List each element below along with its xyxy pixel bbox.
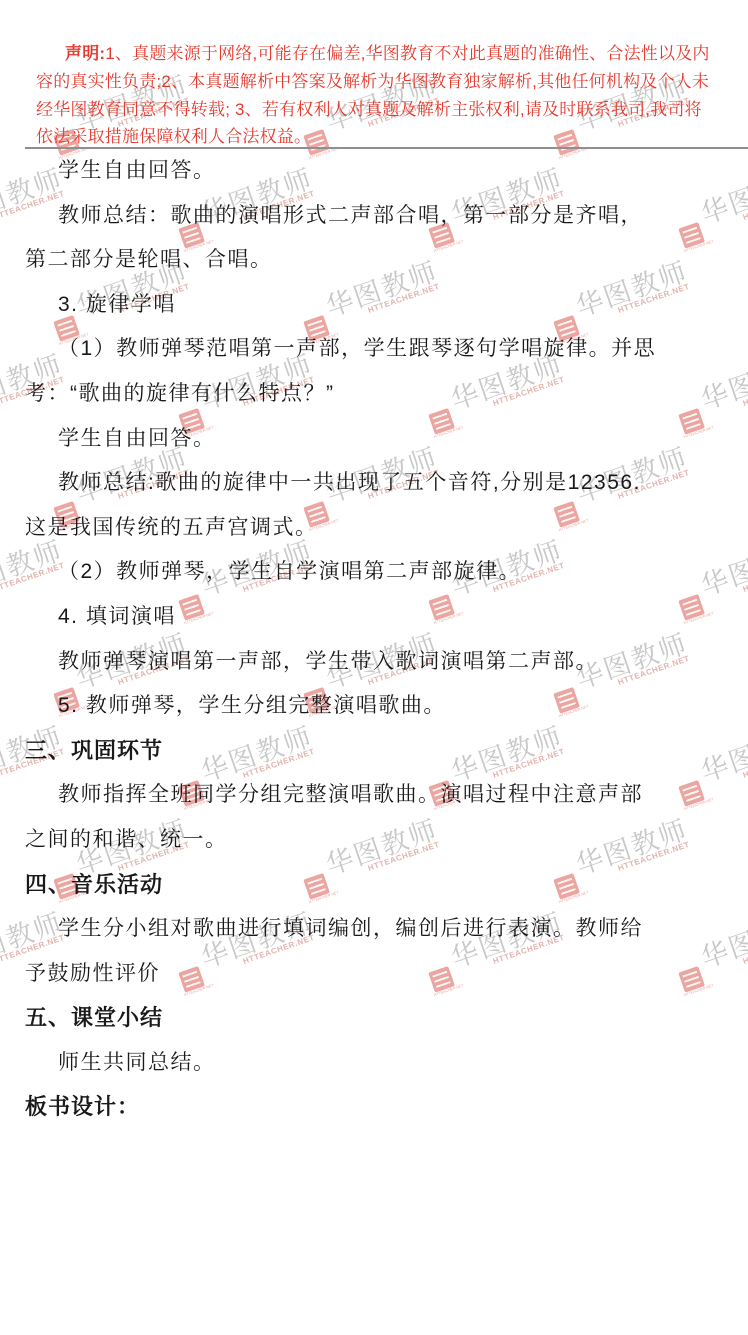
text-line: 5. 教师弹琴，学生分组完整演唱歌曲。 [25, 684, 718, 729]
text-line: 3. 旋律学唱 [25, 283, 718, 328]
document-page: HTTEACHER.NET 华图教师 HTTEACHER.NET HTTEACH… [0, 0, 748, 1335]
section-heading: 五、课堂小结 [25, 996, 718, 1041]
text-line: （1）教师弹琴范唱第一声部，学生跟琴逐句学唱旋律。并思 [25, 327, 718, 372]
text-line: 学生自由回答。 [25, 149, 718, 194]
text-line: 教师总结：歌曲的演唱形式二声部合唱，第一部分是齐唱， [25, 194, 718, 239]
text-line: 考：“歌曲的旋律有什么特点？” [25, 372, 718, 417]
section-heading: 板书设计： [25, 1085, 718, 1130]
lesson-plan-content: 学生自由回答。教师总结：歌曲的演唱形式二声部合唱，第一部分是齐唱，第二部分是轮唱… [25, 149, 718, 1130]
text-line: 第二部分是轮唱、合唱。 [25, 238, 718, 283]
watermark-domain: HTTEACHER.NET [742, 932, 748, 966]
text-line: 师生共同总结。 [25, 1041, 718, 1086]
disclaimer-line-2: 容的真实性负责;2、本真题解析中答案及解析为华图教育独家解析,其他任何机构及个人… [36, 68, 722, 96]
disclaimer: 声明:1、真题来源于网络,可能存在偏差,华图教育不对此真题的准确性、合法性以及内… [36, 40, 722, 151]
text-line: 学生自由回答。 [25, 417, 718, 462]
section-heading: 三、巩固环节 [25, 729, 718, 774]
text-line: 教师指挥全班同学分组完整演唱歌曲。演唱过程中注意声部 [25, 773, 718, 818]
text-line: 之间的和谐、统一。 [25, 818, 718, 863]
watermark-domain: HTTEACHER.NET [742, 374, 748, 408]
text-line: 教师总结:歌曲的旋律中一共出现了五个音符,分别是12356. [25, 461, 718, 506]
disclaimer-line-3: 经华图教育同意不得转载; 3、若有权利人对真题及解析主张权利,请及时联系我司,我… [36, 96, 722, 124]
disclaimer-prefix: 声明: [65, 44, 105, 63]
text-line: 学生分小组对歌曲进行填词编创，编创后进行表演。教师给 [25, 907, 718, 952]
text-line: 予鼓励性评价 [25, 952, 718, 997]
text-line: 教师弹琴演唱第一声部，学生带入歌词演唱第二声部。 [25, 640, 718, 685]
text-line: 4. 填词演唱 [25, 595, 718, 640]
text-line: 这是我国传统的五声宫调式。 [25, 506, 718, 551]
watermark-domain: HTTEACHER.NET [742, 188, 748, 222]
text-line: （2）教师弹琴，学生自学演唱第二声部旋律。 [25, 550, 718, 595]
disclaimer-line-1: 声明:1、真题来源于网络,可能存在偏差,华图教育不对此真题的准确性、合法性以及内 [36, 40, 722, 68]
section-heading: 四、音乐活动 [25, 863, 718, 908]
watermark-domain: HTTEACHER.NET [742, 560, 748, 594]
watermark-domain: HTTEACHER.NET [742, 746, 748, 780]
